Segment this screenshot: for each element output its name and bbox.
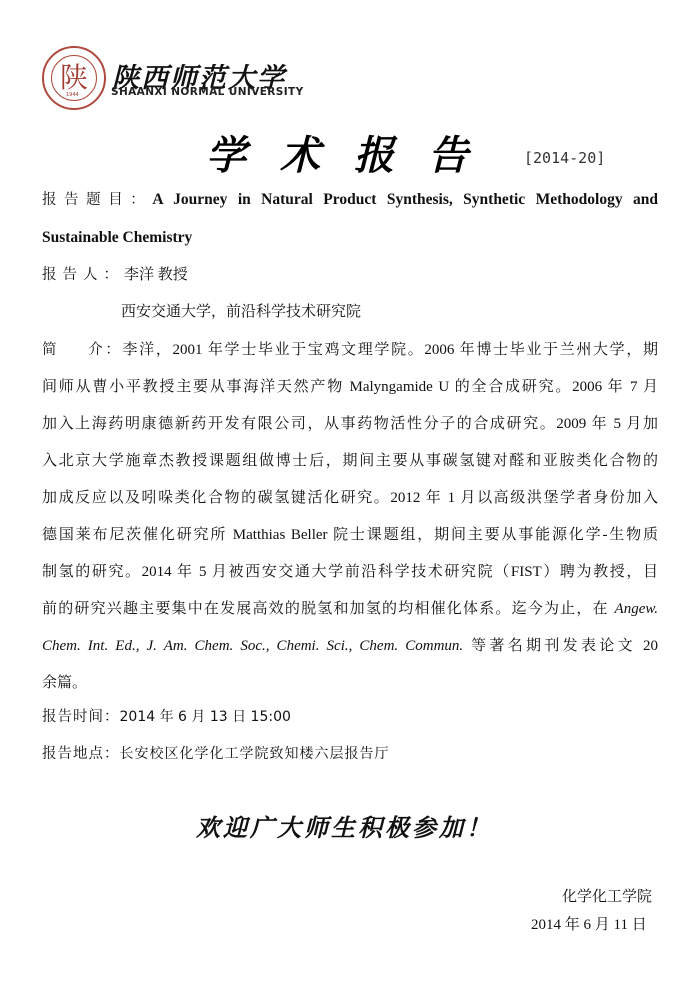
- logo-year: 1944: [66, 92, 79, 98]
- university-logo: 陕 1944: [42, 46, 106, 110]
- topic-text-2: Sustainable Chemistry: [42, 229, 192, 246]
- bio-line-6: 德国莱布尼茨催化研究所 Matthias Beller 院士课题组，期间主要从事…: [42, 525, 658, 545]
- bio-label: 简 介：: [42, 342, 123, 358]
- bio-text-9: 等著名期刊发表论文 20: [471, 638, 658, 654]
- bio-line-5: 加成反应以及吲哚类化合物的碳氢键活化研究。2012 年 1 月以高级洪堡学者身份…: [42, 488, 658, 508]
- journal-angew: Angew.: [615, 601, 658, 617]
- bio-text: 李洋，2001 年学士毕业于宝鸡文理学院。2006 年博士毕业于兰州大学，期: [123, 342, 658, 358]
- place-line: 报告地点：长安校区化学化工学院致知楼六层报告厅: [42, 744, 390, 764]
- journal-list: Chem. Int. Ed., J. Am. Chem. Soc., Chemi…: [42, 638, 463, 654]
- bio-line-2: 间师从曹小平教授主要从事海洋天然产物 Malyngamide U 的全合成研究。…: [42, 377, 658, 397]
- time-line: 报告时间：2014 年 6 月 13 日 15:00: [42, 707, 291, 727]
- bio-line-1: 简 介：李洋，2001 年学士毕业于宝鸡文理学院。2006 年博士毕业于兰州大学…: [42, 340, 658, 360]
- topic-label: 报告题目：: [42, 192, 152, 208]
- topic-line-1: 报告题目：A Journey in Natural Product Synthe…: [42, 190, 658, 210]
- signoff-date: 2014 年 6 月 11 日: [531, 913, 647, 934]
- bio-line-9: Chem. Int. Ed., J. Am. Chem. Soc., Chemi…: [42, 636, 658, 656]
- speaker-affiliation: 西安交通大学，前沿科学技术研究院: [121, 304, 361, 320]
- signoff-organization: 化学化工学院: [562, 885, 652, 906]
- bio-line-3: 加入上海药明康德新药开发有限公司，从事药物活性分子的合成研究。2009 年 5 …: [42, 414, 658, 434]
- topic-text-1: A Journey in Natural Product Synthesis, …: [152, 191, 658, 208]
- time-label: 报告时间：: [42, 709, 120, 725]
- speaker-name: 李洋 教授: [124, 267, 188, 283]
- speaker-label: 报告人：: [42, 267, 124, 283]
- bio-line-8: 前的研究兴趣主要集中在发展高效的脱氢和加氢的均相催化体系。迄今为止，在 Ange…: [42, 599, 658, 619]
- report-time: 2014 年 6 月 13 日 15:00: [120, 709, 291, 725]
- page-title: 学术报告: [206, 124, 502, 181]
- bio-text-8: 前的研究兴趣主要集中在发展高效的脱氢和加氢的均相催化体系。迄今为止，在: [42, 601, 609, 617]
- report-number: [2014-20]: [524, 149, 605, 167]
- university-name-en: SHAANXI NORMAL UNIVERSITY: [111, 86, 304, 98]
- affiliation-line: 西安交通大学，前沿科学技术研究院: [121, 302, 361, 322]
- bio-line-7: 制氢的研究。2014 年 5 月被西安交通大学前沿科学技术研究院（FIST）聘为…: [42, 562, 658, 582]
- welcome-message: 欢迎广大师生积极参加！: [196, 808, 493, 843]
- report-place: 长安校区化学化工学院致知楼六层报告厅: [120, 746, 390, 762]
- bio-line-4: 入北京大学施章杰教授课题组做博士后，期间主要从事碳氢键对醛和亚胺类化合物的: [42, 451, 658, 471]
- topic-line-2: Sustainable Chemistry: [42, 228, 192, 248]
- speaker-line: 报告人：李洋 教授: [42, 265, 188, 285]
- place-label: 报告地点：: [42, 746, 120, 762]
- bio-line-10: 余篇。: [42, 673, 87, 693]
